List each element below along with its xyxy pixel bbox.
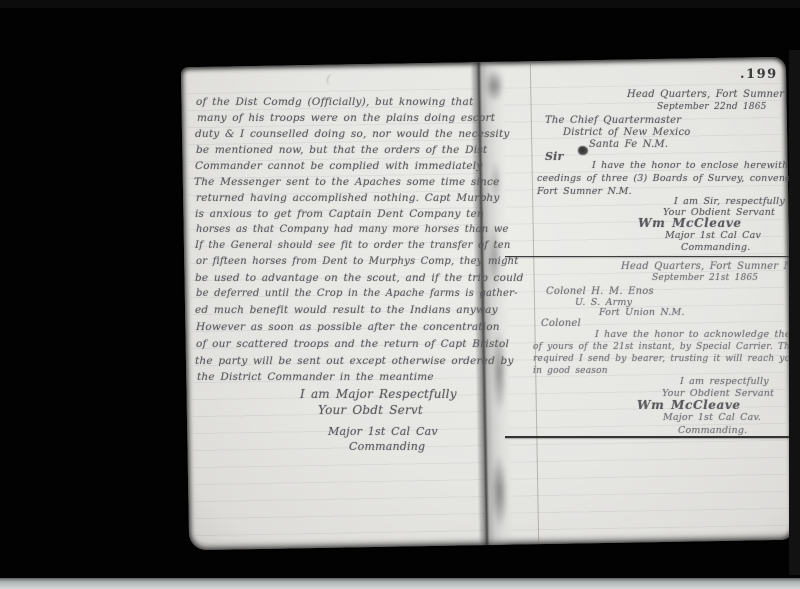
signature: Wm McCleave	[637, 399, 741, 411]
handwritten-line: many of his troops were on the plains do…	[197, 113, 495, 124]
film-right-edge	[789, 50, 800, 575]
letter-dateline: Head Quarters, Fort Sumner N.M.	[621, 262, 800, 272]
salutation: Sir	[545, 151, 564, 162]
letter-date: September 22nd 1865	[657, 103, 767, 112]
address-line: Santa Fe N.M.	[589, 140, 668, 150]
signature-post: Commanding	[349, 441, 425, 452]
letter-dateline: Head Quarters, Fort Sumner N.M.	[627, 90, 800, 100]
handwritten-line: The Messenger sent to the Apaches some t…	[194, 177, 500, 188]
handwritten-line: of our scattered troops and the return o…	[196, 339, 509, 350]
closing-line: I am Sir, respectfully	[674, 197, 785, 207]
signature-post: Commanding.	[678, 426, 747, 436]
page-number: .199	[740, 67, 778, 82]
address-line: Fort Union N.M.	[599, 308, 685, 318]
letter-date: September 21st 1865	[652, 274, 758, 283]
handwritten-line: duty & I counselled doing so, nor would …	[195, 129, 510, 140]
body-line: I have the honor to acknowledge the rece…	[595, 330, 800, 340]
handwritten-line: is anxious to get from Captain Dent Comp…	[195, 209, 484, 220]
handwritten-line: Commander cannot be complied with immedi…	[195, 161, 482, 172]
salutation: Colonel	[541, 319, 581, 329]
handwritten-line: the party will be sent out except otherw…	[195, 356, 514, 367]
body-line: I have the honor to enclose herewith the…	[592, 161, 800, 171]
entry-divider-line	[505, 256, 790, 257]
handwriting-layer: .199 of the Dist Comdg (Officially), but…	[0, 0, 800, 589]
entry-divider-line	[505, 436, 789, 438]
scanner-bed-strip	[0, 578, 800, 589]
handwritten-line: of the Dist Comdg (Officially), but know…	[196, 97, 473, 108]
closing-line: I am Major Respectfully	[300, 388, 457, 400]
handwritten-line: the District Commander in the meantime	[197, 372, 434, 383]
microfilm-scan: .199 of the Dist Comdg (Officially), but…	[0, 0, 800, 589]
handwritten-line: returned having accomplished nothing. Ca…	[196, 193, 499, 204]
handwritten-line: horses as that Company had many more hor…	[196, 225, 509, 235]
handwritten-line: be used to advantage on the scout, and i…	[195, 273, 524, 284]
handwritten-line: be mentioned now, but that the orders of…	[196, 145, 487, 156]
signature-rank: Major 1st Cal Cav.	[663, 413, 761, 423]
closing-line: Your Obdt Servt	[318, 404, 423, 416]
handwritten-line: If the General should see fit to order t…	[195, 241, 510, 251]
pencil-mark	[326, 73, 339, 87]
signature-post: Commanding.	[681, 243, 750, 253]
address-line: Colonel H. M. Enos	[546, 287, 654, 297]
body-line: ceedings of three (3) Boards of Survey, …	[537, 174, 800, 184]
body-line: required I send by bearer, trusting it w…	[533, 355, 796, 364]
body-line: Fort Sumner N.M.	[537, 187, 632, 197]
body-line: of yours of the 21st instant, by Special…	[533, 343, 800, 352]
signature: Wm McCleave	[638, 217, 742, 229]
address-line: District of New Mexico	[563, 128, 690, 138]
ink-blot	[578, 146, 588, 155]
handwritten-line: However as soon as possible after the co…	[196, 322, 500, 333]
handwritten-line: be deferred until the Crop in the Apache…	[196, 289, 518, 299]
closing-line: I am respectfully	[680, 377, 769, 387]
handwritten-line: ed much benefit would result to the Indi…	[195, 305, 498, 316]
signature-rank: Major 1st Cal Cav	[328, 426, 438, 437]
address-line: The Chief Quartermaster	[545, 116, 681, 126]
handwritten-line: or fifteen horses from Dent to Murphys C…	[196, 257, 519, 267]
body-line: in good season	[533, 367, 608, 376]
signature-rank: Major 1st Cal Cav	[665, 231, 761, 241]
